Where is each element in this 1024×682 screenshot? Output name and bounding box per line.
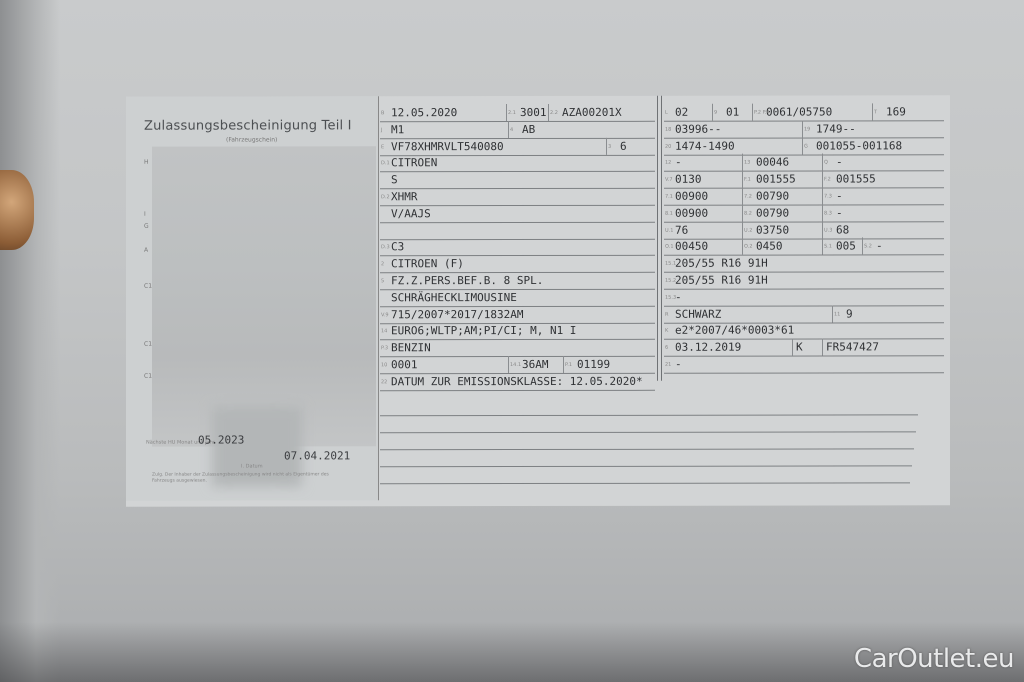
field-value: 001055-001168 [806, 139, 902, 152]
field-code: 4 [510, 122, 513, 139]
field-code: 7.2 [744, 189, 752, 206]
field-code: 7.3 [824, 188, 832, 205]
field-value: 03750 [746, 223, 789, 236]
field-value: DATUM ZUR EMISSIONSKLASSE: 12.05.2020* [391, 375, 643, 388]
field-value: SCHRÄGHECKLIMOUSINE [391, 291, 517, 304]
field-value: M1 [391, 123, 404, 136]
valid-until: 05.2023 [198, 434, 244, 447]
field-row: SCHRÄGHECKLIMOUSINE [380, 289, 655, 307]
field-value: K [796, 341, 803, 354]
field-value: 6 [610, 139, 627, 152]
document-subtitle: (Fahrzeugschein) [226, 136, 277, 143]
field-value: 02 [675, 106, 688, 119]
field-row: JM14AB [380, 121, 655, 139]
field-code: C1 [144, 373, 152, 380]
field-code: 6 [665, 340, 668, 357]
field-row: 14EURO6;WLTP;AM;PI/CI; M, N1 I [380, 322, 655, 340]
field-code: S.2 [864, 239, 872, 256]
field-row: V.9715/2007*2017/1832AM [380, 305, 655, 323]
field-row: V/AAJS [380, 205, 655, 223]
field-row: 15.2205/55 R16 91H [664, 271, 944, 289]
field-value: 00900 [675, 206, 708, 219]
column-divider [657, 96, 658, 381]
blank-row [380, 448, 912, 467]
field-value: EURO6;WLTP;AM;PI/CI; M, N1 I [391, 324, 576, 337]
field-code: 12 [665, 155, 671, 172]
blank-row [380, 397, 918, 416]
field-code: P.3 [381, 340, 388, 357]
field-code: J [381, 122, 382, 139]
field-row: P.3BENZIN [380, 339, 655, 357]
field-code: 13 [744, 155, 750, 172]
field-code: C1 [144, 341, 152, 348]
field-row: 10000114.136AMP.101199 [380, 356, 655, 374]
field-row: 22DATUM ZUR EMISSIONSKLASSE: 12.05.2020* [380, 373, 655, 391]
field-value: CITROEN [391, 157, 437, 170]
field-value: 715/2007*2017/1832AM [391, 308, 523, 321]
field-row: 5FZ.Z.PERS.BEF.B. 8 SPL. [380, 272, 655, 290]
footnote: Zulg. Der Inhaber der Zulassungsbeschein… [152, 472, 352, 484]
field-value: XHMR [391, 190, 418, 203]
field-code: 3 [608, 138, 611, 155]
field-row: 15.1205/55 R16 91H [664, 254, 944, 272]
field-code: P.1 [565, 357, 572, 374]
field-code: 8.3 [824, 205, 832, 222]
field-code: Q [824, 155, 828, 172]
field-value: 0130 [675, 173, 702, 186]
field-code: L [665, 105, 668, 122]
field-code: B [381, 105, 384, 122]
field-row: 201474-1490G001055-001168 [664, 137, 944, 155]
field-value: 00790 [746, 190, 789, 203]
field-code: 2 [381, 256, 384, 273]
field-code: K [665, 323, 668, 340]
issue-date: 07.04.2021 [284, 449, 350, 462]
redacted-owner-area [152, 146, 376, 446]
field-code: U.3 [824, 222, 832, 239]
field-value: S [391, 173, 398, 186]
field-code: R [665, 306, 668, 323]
blank-row [380, 465, 910, 484]
field-code: H [144, 159, 149, 166]
field-value: BENZIN [391, 341, 431, 354]
field-value: 205/55 R16 91H [675, 257, 768, 270]
field-row: RSCHWARZ119 [664, 305, 944, 323]
field-value: - [675, 156, 682, 169]
field-value: AZA00201X [552, 106, 622, 119]
field-code: 19 [804, 121, 810, 138]
field-value: V/AAJS [391, 207, 431, 220]
field-code: 18 [665, 122, 671, 139]
field-value: 01 [716, 106, 739, 119]
field-row: 15.3- [664, 288, 944, 306]
field-value: SCHWARZ [675, 307, 721, 320]
field-value: - [675, 358, 682, 371]
field-value: 001555 [746, 173, 796, 186]
field-code: U.2 [744, 222, 752, 239]
watermark-logo: CarOutlet.eu [854, 644, 1014, 674]
field-value: - [675, 291, 682, 304]
field-row: 8.1009008.2007908.3- [664, 204, 944, 222]
field-code: 2.2 [550, 105, 558, 122]
field-row: S [380, 171, 655, 189]
field-value: 00900 [675, 190, 708, 203]
field-row: V.70130F.1001555F.2001555 [664, 170, 944, 188]
field-value: FR547427 [826, 341, 879, 354]
field-code: 14.1 [510, 357, 521, 374]
field-row: 21- [664, 355, 944, 373]
field-code: 11 [834, 306, 840, 323]
field-value: 1474-1490 [675, 139, 735, 152]
field-row: O.100450O.20450S.1005S.2- [664, 238, 944, 256]
field-row: 1803996--191749-- [664, 120, 944, 138]
field-code: 14 [381, 324, 387, 341]
field-value: 03.12.2019 [675, 341, 741, 354]
field-value: 12.05.2020 [391, 106, 457, 119]
field-value: C3 [391, 241, 404, 254]
field-code: 5 [381, 273, 384, 290]
field-code: G [804, 138, 808, 155]
document-title: Zulassungsbescheinigung Teil I [144, 118, 352, 133]
field-row [380, 221, 655, 239]
field-value: 00046 [746, 156, 789, 169]
field-code: F.1 [744, 172, 751, 189]
field-code: I [144, 211, 146, 218]
field-value: 1749-- [806, 122, 856, 135]
field-row: D.3C3 [380, 238, 655, 256]
column-divider [661, 96, 662, 381]
thumb [0, 170, 34, 250]
field-code: S.1 [824, 239, 832, 256]
field-code: E [381, 139, 384, 156]
field-code: 8.2 [744, 205, 752, 222]
field-value: 205/55 R16 91H [675, 274, 768, 287]
field-row: 603.12.2019KFR547427 [664, 338, 944, 356]
field-row: 12-1300046Q- [664, 154, 944, 172]
field-value: 169 [876, 105, 906, 118]
field-row: B12.05.20202.130012.2AZA00201X [380, 104, 655, 122]
background-shadow [0, 0, 60, 682]
fields-grid: B12.05.20202.130012.2AZA00201XJM14ABEVF7… [380, 95, 950, 506]
field-code: 21 [665, 357, 671, 374]
field-value: VF78XHMRVLT540080 [391, 140, 504, 153]
field-code: G [144, 223, 149, 230]
field-code: 20 [665, 138, 671, 155]
field-code: 10 [381, 357, 387, 374]
field-value: 03996-- [675, 122, 721, 135]
field-code: 2.1 [508, 105, 516, 122]
field-row: L02901P.2 P.40061/05750T169 [664, 103, 944, 121]
field-code: F.2 [824, 172, 831, 189]
field-code: O.2 [744, 239, 753, 256]
field-value: CITROEN (F) [391, 257, 464, 270]
issue-date-label: I. Datum [241, 463, 263, 469]
blank-rows [380, 95, 950, 96]
field-code: C1 [144, 283, 152, 290]
document-left-panel: Zulassungsbescheinigung Teil I (Fahrzeug… [126, 96, 379, 500]
field-row: Ke2*2007/46*0003*61 [664, 322, 944, 340]
field-row: 7.1009007.2007907.3- [664, 187, 944, 205]
field-code: P.2 P.4 [754, 105, 770, 122]
field-value: 001555 [826, 173, 876, 186]
field-value: - [826, 156, 843, 169]
field-row: 2CITROEN (F) [380, 255, 655, 273]
field-code: T [874, 104, 877, 121]
blank-row [380, 414, 916, 433]
field-value: FZ.Z.PERS.BEF.B. 8 SPL. [391, 274, 543, 287]
registration-document: Zulassungsbescheinigung Teil I (Fahrzeug… [126, 95, 950, 506]
field-row: U.176U.203750U.368 [664, 221, 944, 239]
field-value: 00450 [675, 240, 708, 253]
field-row: D.2XHMR [380, 188, 655, 206]
blank-row [380, 431, 914, 450]
field-value: AB [512, 123, 535, 136]
field-value: e2*2007/46*0003*61 [675, 324, 794, 337]
field-value: 0001 [391, 358, 418, 371]
field-code: A [144, 247, 148, 254]
field-row: EVF78XHMRVLT54008036 [380, 137, 655, 155]
field-value: 00790 [746, 206, 789, 219]
field-row: D.1CITROEN [380, 154, 655, 172]
field-code: 22 [381, 374, 387, 391]
field-code: 9 [714, 105, 717, 122]
field-value: 01199 [567, 358, 610, 371]
field-value: 76 [675, 223, 688, 236]
